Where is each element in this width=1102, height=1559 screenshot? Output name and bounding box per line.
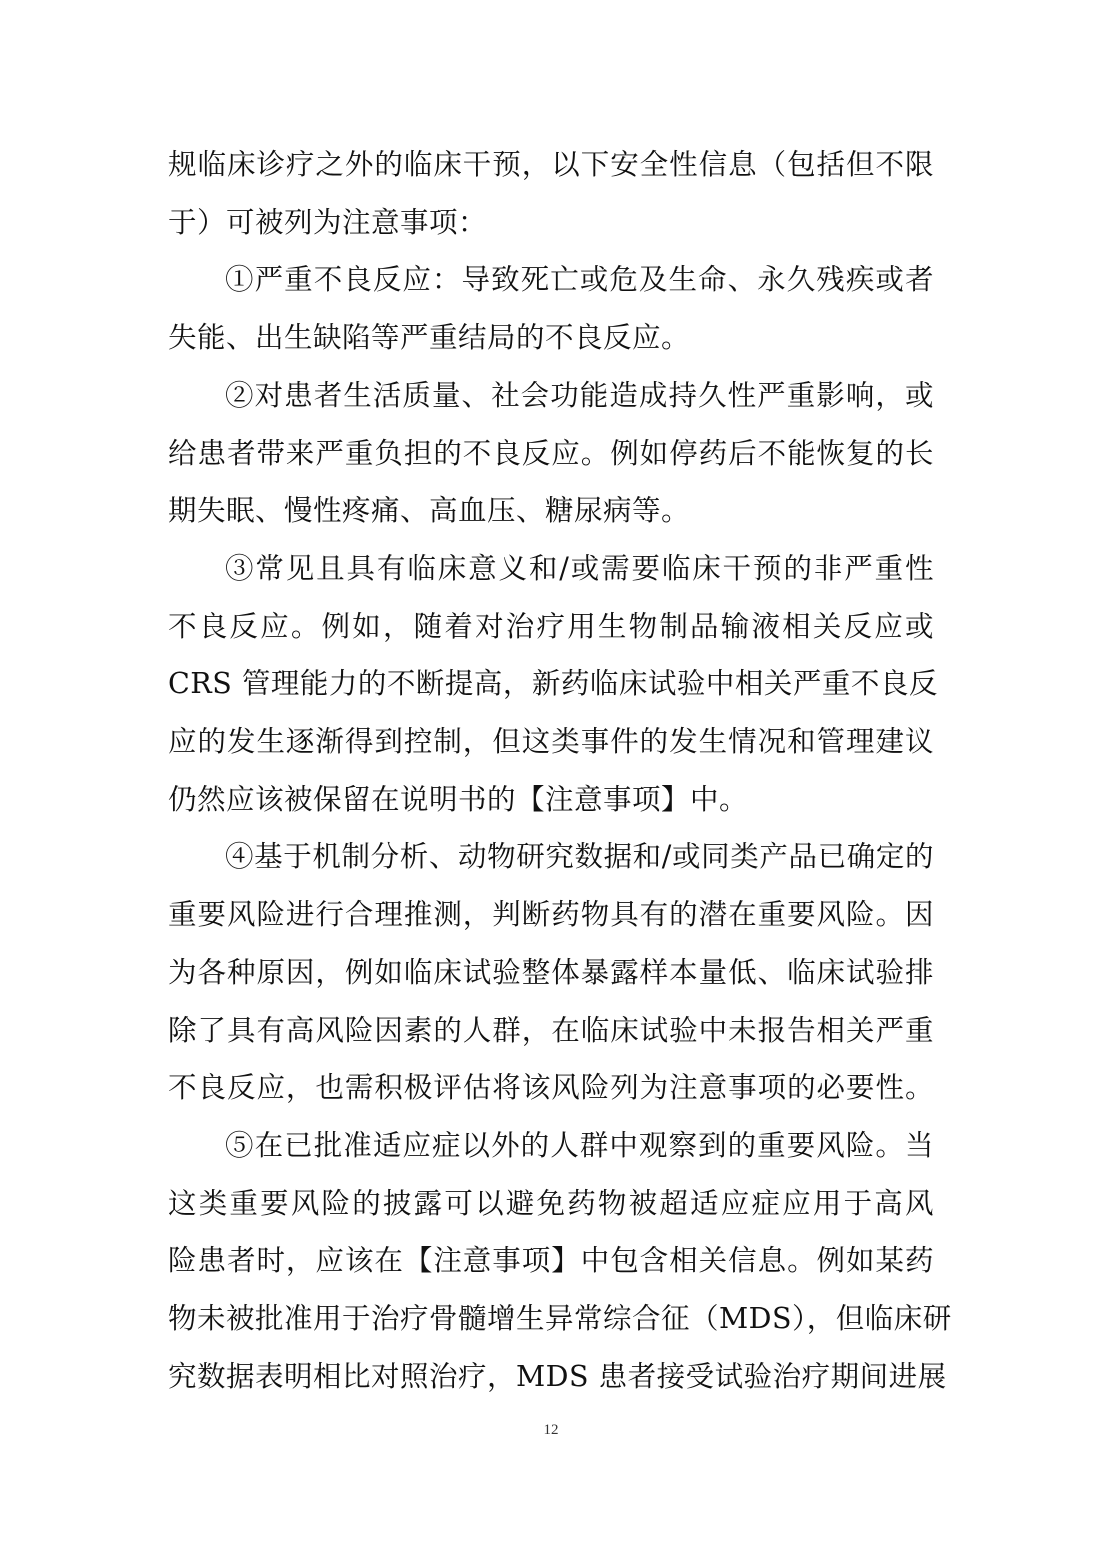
list-item-5-line: ⑤在已批准适应症以外的人群中观察到的重要风险。当	[225, 1117, 934, 1175]
text-line: 仍然应该被保留在说明书的【注意事项】中。	[168, 771, 748, 829]
text-line: 除了具有高风险因素的人群，在临床试验中未报告相关严重	[168, 1002, 934, 1060]
text-line: 究数据表明相比对照治疗，MDS 患者接受试验治疗期间进展	[168, 1348, 934, 1406]
list-item-3-line: ③常见且具有临床意义和/或需要临床干预的非严重性	[225, 540, 934, 598]
text-line: 不良反应，也需积极评估将该风险列为注意事项的必要性。	[168, 1059, 934, 1117]
text-line: 失能、出生缺陷等严重结局的不良反应。	[168, 309, 690, 367]
text-line: 规临床诊疗之外的临床干预，以下安全性信息（包括但不限	[168, 136, 934, 194]
list-item-4-line: ④基于机制分析、动物研究数据和/或同类产品已确定的	[225, 828, 934, 886]
text-line: 为各种原因，例如临床试验整体暴露样本量低、临床试验排	[168, 944, 934, 1002]
text-line: CRS 管理能力的不断提高，新药临床试验中相关严重不良反	[168, 655, 934, 713]
text-line: 于）可被列为注意事项：	[168, 194, 487, 252]
text-line: 应的发生逐渐得到控制，但这类事件的发生情况和管理建议	[168, 713, 934, 771]
text-line: 重要风险进行合理推测，判断药物具有的潜在重要风险。因	[168, 886, 934, 944]
text-line: 险患者时，应该在【注意事项】中包含相关信息。例如某药	[168, 1232, 934, 1290]
text-line: 这类重要风险的披露可以避免药物被超适应症应用于高风	[168, 1175, 934, 1233]
list-item-1-line: ①严重不良反应：导致死亡或危及生命、永久残疾或者	[225, 251, 934, 309]
text-line: 期失眠、慢性疼痛、高血压、糖尿病等。	[168, 482, 690, 540]
text-line: 不良反应。例如，随着对治疗用生物制品输液相关反应或	[168, 598, 934, 656]
text-line: 给患者带来严重负担的不良反应。例如停药后不能恢复的长	[168, 425, 934, 483]
text-line: 物未被批准用于治疗骨髓增生异常综合征（MDS），但临床研	[168, 1290, 934, 1348]
list-item-2-line: ②对患者生活质量、社会功能造成持久性严重影响，或	[225, 367, 934, 425]
page-number: 12	[0, 1422, 1102, 1439]
